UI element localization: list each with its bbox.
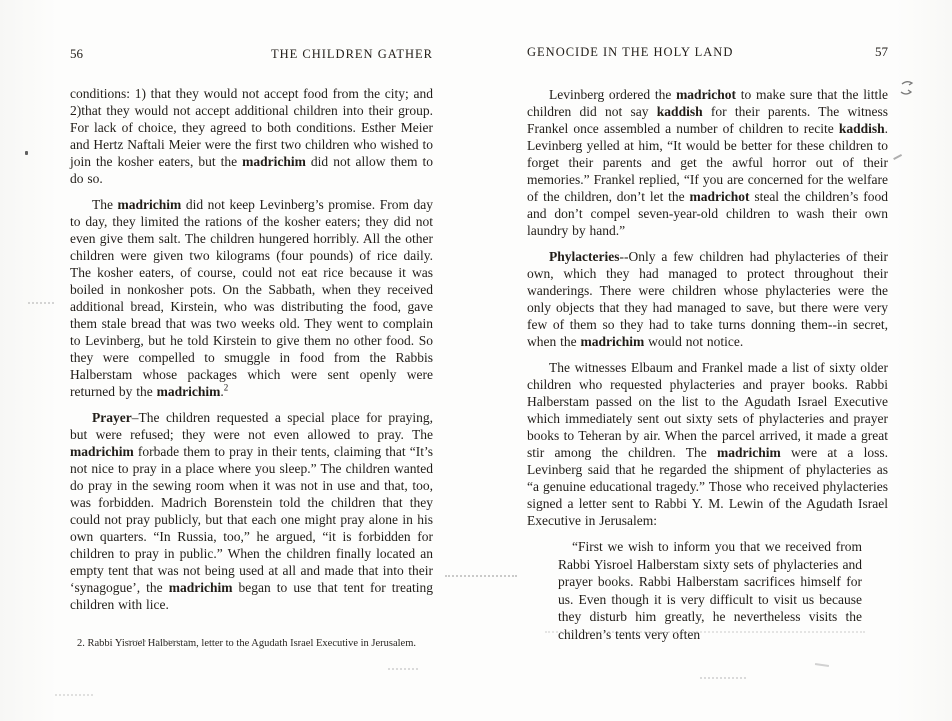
page-left-body: conditions: 1) that they would not accep… (70, 85, 433, 613)
paragraph-conditions: conditions: 1) that they would not accep… (70, 85, 433, 187)
letter-blockquote: “First we wish to inform you that we rec… (558, 538, 862, 643)
running-head-right: GENOCIDE IN THE HOLY LAND (527, 45, 733, 60)
scan-artifact (445, 575, 517, 577)
scan-artifact (700, 677, 746, 679)
paragraph-prayer: Prayer–The children requested a special … (70, 409, 433, 613)
scan-artifact (28, 302, 54, 304)
page-left: 56 THE CHILDREN GATHER conditions: 1) th… (70, 46, 433, 650)
scan-artifact (25, 151, 28, 155)
paragraph-letter: The witnesses Elbaum and Frankel made a … (527, 359, 888, 529)
page-right: GENOCIDE IN THE HOLY LAND 57 Levinberg o… (527, 44, 888, 643)
page-number-left: 56 (70, 46, 83, 62)
scan-artifact (388, 668, 418, 670)
page-left-header: 56 THE CHILDREN GATHER (70, 46, 433, 62)
paragraph-kaddish: Levinberg ordered the madrichot to make … (527, 86, 888, 239)
paragraph-phylacteries: Phylacteries--Only a few children had ph… (527, 248, 888, 350)
page-right-body: Levinberg ordered the madrichot to make … (527, 86, 888, 643)
page-right-header: GENOCIDE IN THE HOLY LAND 57 (527, 44, 888, 60)
page-number-right: 57 (875, 44, 888, 60)
scan-artifact (893, 154, 902, 160)
running-head-left: THE CHILDREN GATHER (271, 47, 433, 62)
paragraph-rations: The madrichim did not keep Levinberg’s p… (70, 196, 433, 400)
scan-artifact (55, 694, 93, 696)
scan-artifact (815, 663, 829, 666)
pen-squiggle-mark (899, 79, 917, 101)
footnote: 2. Rabbi Yisroel Halberstam, letter to t… (70, 637, 433, 650)
